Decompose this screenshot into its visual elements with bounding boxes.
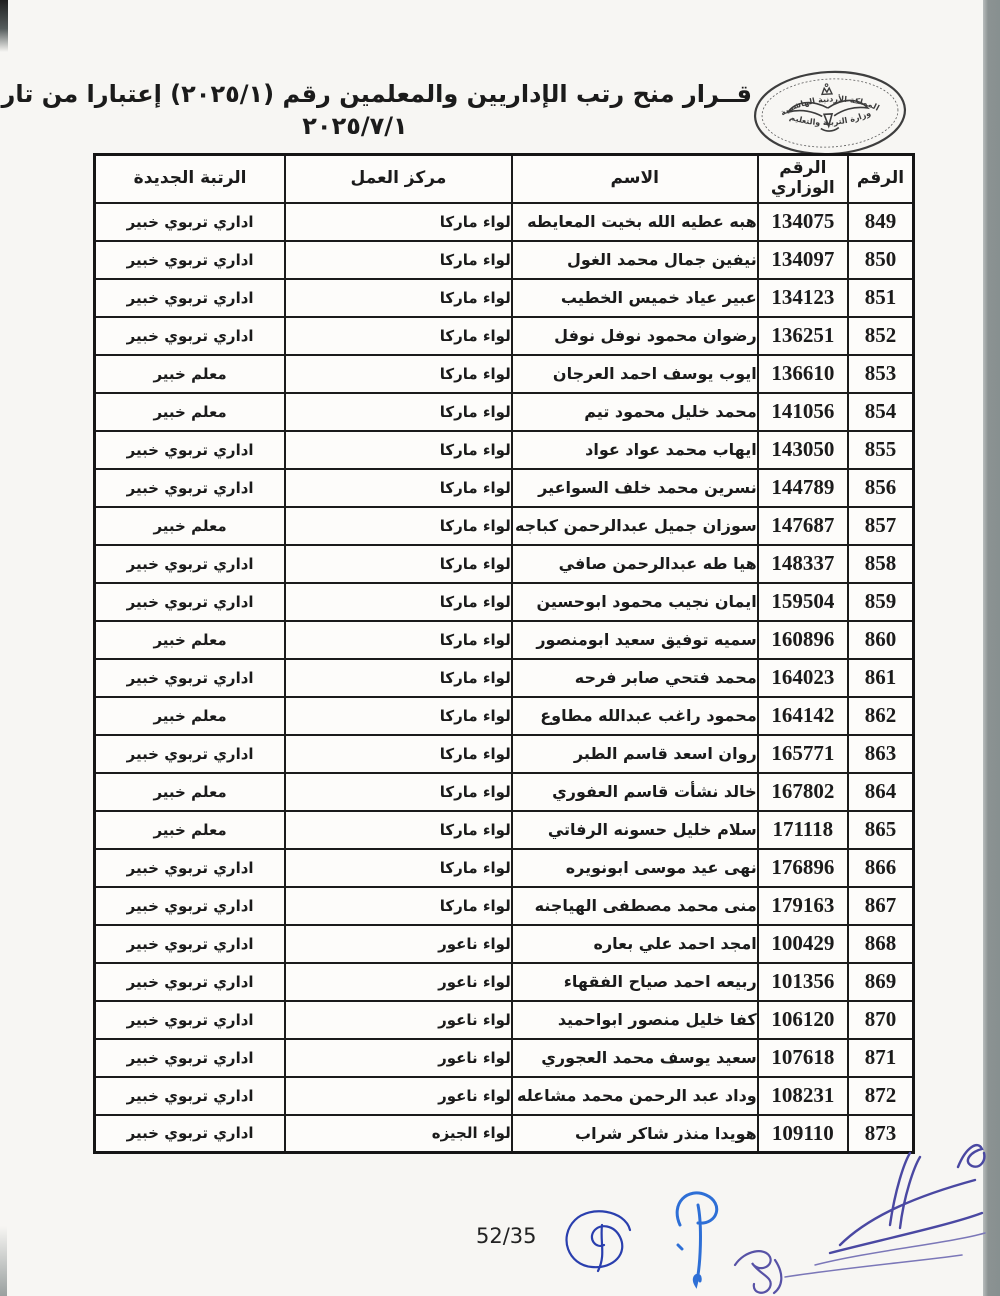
scanned-document-page: { "document": { "title_line1": "قــرار م… [0,0,1000,1296]
cell-name: نهى عيد موسى ابونويره [512,849,758,887]
cell-work-center: لواء ماركا [285,279,512,317]
ministry-seal: المملكة الأردنية الهاشمية وزارة التربية … [748,64,912,162]
cell-name: كفا خليل منصور ابواحميد [512,1001,758,1039]
signature-loop-icon [735,1251,781,1293]
cell-new-rank: اداري تربوي خبير [95,469,286,507]
cell-new-rank: معلم خبير [95,621,286,659]
table-row: 873 109110 هويدا منذر شاكر شراب لواء الج… [95,1115,914,1153]
scan-artifact-bottom-left [0,1226,7,1296]
cell-number: 853 [848,355,914,393]
cell-name: روان اسعد قاسم الطبر [512,735,758,773]
table-row: 856 144789 نسرين محمد خلف السواعير لواء … [95,469,914,507]
cell-ministry-number: 136251 [758,317,848,355]
scanner-edge-band [983,0,1000,1296]
table-row: 851 134123 عبير عياد خميس الخطيب لواء ما… [95,279,914,317]
signature-underline-icon [785,1233,985,1277]
table-row: 865 171118 سلام خليل حسونه الرفاتي لواء … [95,811,914,849]
cell-number: 871 [848,1039,914,1077]
cell-name: ايوب يوسف احمد العرجان [512,355,758,393]
signature-p-icon [677,1193,717,1285]
cell-work-center: لواء ماركا [285,469,512,507]
cell-name: عبير عياد خميس الخطيب [512,279,758,317]
rank-grant-table: الرقم الرقم الوزاري الاسم مركز العمل الر… [93,153,915,1154]
cell-work-center: لواء ناعور [285,925,512,963]
cell-number: 851 [848,279,914,317]
cell-work-center: لواء ماركا [285,355,512,393]
header-ministry-number: الرقم الوزاري [758,155,848,203]
seal-crown-icon [822,88,832,95]
cell-ministry-number: 136610 [758,355,848,393]
table-row: 860 160896 سميه توفيق سعيد ابومنصور لواء… [95,621,914,659]
header-work-center: مركز العمل [285,155,512,203]
cell-name: ايمان نجيب محمود ابوحسين [512,583,758,621]
cell-number: 858 [848,545,914,583]
cell-new-rank: اداري تربوي خبير [95,583,286,621]
cell-name: سلام خليل حسونه الرفاتي [512,811,758,849]
document-title: قــرار منح رتب الإداريين والمعلمين رقم (… [108,80,752,108]
table-row: 857 147687 سوزان جميل عبدالرحمن كباجه لو… [95,507,914,545]
cell-ministry-number: 141056 [758,393,848,431]
cell-new-rank: اداري تربوي خبير [95,431,286,469]
cell-work-center: لواء ماركا [285,583,512,621]
cell-ministry-number: 108231 [758,1077,848,1115]
cell-ministry-number: 134123 [758,279,848,317]
table-header-row: الرقم الرقم الوزاري الاسم مركز العمل الر… [95,155,914,203]
cell-name: هويدا منذر شاكر شراب [512,1115,758,1153]
cell-number: 863 [848,735,914,773]
cell-new-rank: اداري تربوي خبير [95,963,286,1001]
cell-ministry-number: 164142 [758,697,848,735]
table-row: 855 143050 ايهاب محمد عواد عواد لواء مار… [95,431,914,469]
cell-number: 869 [848,963,914,1001]
cell-ministry-number: 159504 [758,583,848,621]
table-row: 870 106120 كفا خليل منصور ابواحميد لواء … [95,1001,914,1039]
cell-ministry-number: 171118 [758,811,848,849]
table-row: 867 179163 منى محمد مصطفى الهياجنه لواء … [95,887,914,925]
cell-number: 854 [848,393,914,431]
cell-work-center: لواء ماركا [285,735,512,773]
cell-name: وداد عبد الرحمن محمد مشاعله [512,1077,758,1115]
cell-name: منى محمد مصطفى الهياجنه [512,887,758,925]
cell-work-center: لواء ماركا [285,811,512,849]
table-row: 858 148337 هيا طه عبدالرحمن صافي لواء ما… [95,545,914,583]
cell-ministry-number: 148337 [758,545,848,583]
header-number: الرقم [848,155,914,203]
table-row: 859 159504 ايمان نجيب محمود ابوحسين لواء… [95,583,914,621]
cell-number: 866 [848,849,914,887]
cell-work-center: لواء ماركا [285,393,512,431]
cell-work-center: لواء ماركا [285,887,512,925]
cell-number: 873 [848,1115,914,1153]
cell-new-rank: اداري تربوي خبير [95,1115,286,1153]
cell-new-rank: اداري تربوي خبير [95,659,286,697]
cell-work-center: لواء ناعور [285,963,512,1001]
cell-work-center: لواء ناعور [285,1001,512,1039]
cell-ministry-number: 107618 [758,1039,848,1077]
cell-name: سعيد يوسف محمد العجوري [512,1039,758,1077]
cell-number: 872 [848,1077,914,1115]
cell-new-rank: اداري تربوي خبير [95,317,286,355]
cell-work-center: لواء ناعور [285,1077,512,1115]
cell-number: 864 [848,773,914,811]
cell-work-center: لواء ماركا [285,203,512,241]
cell-ministry-number: 144789 [758,469,848,507]
cell-new-rank: اداري تربوي خبير [95,849,286,887]
cell-name: امجد احمد علي بعاره [512,925,758,963]
table-row: 872 108231 وداد عبد الرحمن محمد مشاعله ل… [95,1077,914,1115]
table-row: 869 101356 ربيعه احمد صياح الفقهاء لواء … [95,963,914,1001]
table-row: 854 141056 محمد خليل محمود تيم لواء مارك… [95,393,914,431]
cell-ministry-number: 160896 [758,621,848,659]
cell-work-center: لواء ماركا [285,317,512,355]
cell-ministry-number: 165771 [758,735,848,773]
header-new-rank: الرتبة الجديدة [95,155,286,203]
cell-new-rank: معلم خبير [95,393,286,431]
cell-ministry-number: 100429 [758,925,848,963]
cell-number: 850 [848,241,914,279]
cell-new-rank: معلم خبير [95,355,286,393]
cell-new-rank: اداري تربوي خبير [95,1039,286,1077]
cell-number: 852 [848,317,914,355]
cell-new-rank: اداري تربوي خبير [95,887,286,925]
cell-ministry-number: 106120 [758,1001,848,1039]
document-header: قــرار منح رتب الإداريين والمعلمين رقم (… [108,80,752,140]
cell-number: 865 [848,811,914,849]
table-row: 871 107618 سعيد يوسف محمد العجوري لواء ن… [95,1039,914,1077]
records-tbody: 849 134075 هبه عطيه الله بخيت المعايطه ل… [95,203,914,1153]
cell-ministry-number: 109110 [758,1115,848,1153]
cell-name: نيفين جمال محمد الغول [512,241,758,279]
cell-ministry-number: 143050 [758,431,848,469]
cell-ministry-number: 134075 [758,203,848,241]
cell-work-center: لواء الجيزه [285,1115,512,1153]
cell-work-center: لواء ماركا [285,773,512,811]
page-number: 52/35 [476,1224,537,1248]
cell-work-center: لواء ناعور [285,1039,512,1077]
cell-number: 862 [848,697,914,735]
cell-name: نسرين محمد خلف السواعير [512,469,758,507]
cell-work-center: لواء ماركا [285,431,512,469]
cell-new-rank: اداري تربوي خبير [95,279,286,317]
cell-ministry-number: 134097 [758,241,848,279]
cell-new-rank: اداري تربوي خبير [95,241,286,279]
cell-ministry-number: 176896 [758,849,848,887]
signature-flourish-icon [830,1145,984,1253]
table-row: 868 100429 امجد احمد علي بعاره لواء ناعو… [95,925,914,963]
cell-ministry-number: 167802 [758,773,848,811]
document-effective-date: ٢٠٢٥/٧/١ [33,112,677,140]
cell-name: محمود راغب عبدالله مطاوع [512,697,758,735]
cell-new-rank: اداري تربوي خبير [95,925,286,963]
cell-new-rank: معلم خبير [95,811,286,849]
cell-ministry-number: 164023 [758,659,848,697]
cell-ministry-number: 147687 [758,507,848,545]
cell-work-center: لواء ماركا [285,659,512,697]
signature-circle-icon [567,1211,630,1271]
cell-new-rank: اداري تربوي خبير [95,735,286,773]
cell-new-rank: معلم خبير [95,773,286,811]
cell-new-rank: اداري تربوي خبير [95,1001,286,1039]
cell-work-center: لواء ماركا [285,507,512,545]
cell-name: رضوان محمود نوفل نوفل [512,317,758,355]
cell-number: 856 [848,469,914,507]
table-row: 852 136251 رضوان محمود نوفل نوفل لواء ما… [95,317,914,355]
cell-number: 855 [848,431,914,469]
cell-name: هبه عطيه الله بخيت المعايطه [512,203,758,241]
cell-name: سميه توفيق سعيد ابومنصور [512,621,758,659]
cell-name: سوزان جميل عبدالرحمن كباجه [512,507,758,545]
cell-ministry-number: 101356 [758,963,848,1001]
ministry-seal-icon: المملكة الأردنية الهاشمية وزارة التربية … [748,64,912,162]
cell-number: 849 [848,203,914,241]
scan-artifact-top-left [0,0,8,52]
cell-number: 870 [848,1001,914,1039]
cell-name: خالد نشأت قاسم العفوري [512,773,758,811]
table-row: 853 136610 ايوب يوسف احمد العرجان لواء م… [95,355,914,393]
header-name: الاسم [512,155,758,203]
cell-name: هيا طه عبدالرحمن صافي [512,545,758,583]
cell-work-center: لواء ماركا [285,545,512,583]
cell-new-rank: اداري تربوي خبير [95,545,286,583]
cell-number: 867 [848,887,914,925]
cell-number: 860 [848,621,914,659]
cell-work-center: لواء ماركا [285,697,512,735]
cell-number: 859 [848,583,914,621]
table-row: 850 134097 نيفين جمال محمد الغول لواء ما… [95,241,914,279]
table-row: 861 164023 محمد فتحي صابر فرحه لواء مارك… [95,659,914,697]
cell-ministry-number: 179163 [758,887,848,925]
cell-name: محمد خليل محمود تيم [512,393,758,431]
cell-name: محمد فتحي صابر فرحه [512,659,758,697]
cell-number: 857 [848,507,914,545]
cell-new-rank: معلم خبير [95,507,286,545]
table-row: 862 164142 محمود راغب عبدالله مطاوع لواء… [95,697,914,735]
cell-work-center: لواء ماركا [285,241,512,279]
cell-new-rank: اداري تربوي خبير [95,203,286,241]
cell-name: ايهاب محمد عواد عواد [512,431,758,469]
cell-number: 861 [848,659,914,697]
cell-work-center: لواء ماركا [285,621,512,659]
table-row: 866 176896 نهى عيد موسى ابونويره لواء ما… [95,849,914,887]
cell-new-rank: معلم خبير [95,697,286,735]
table-row: 849 134075 هبه عطيه الله بخيت المعايطه ل… [95,203,914,241]
cell-new-rank: اداري تربوي خبير [95,1077,286,1115]
cell-work-center: لواء ماركا [285,849,512,887]
table-row: 864 167802 خالد نشأت قاسم العفوري لواء م… [95,773,914,811]
table-row: 863 165771 روان اسعد قاسم الطبر لواء مار… [95,735,914,773]
cell-number: 868 [848,925,914,963]
cell-name: ربيعه احمد صياح الفقهاء [512,963,758,1001]
